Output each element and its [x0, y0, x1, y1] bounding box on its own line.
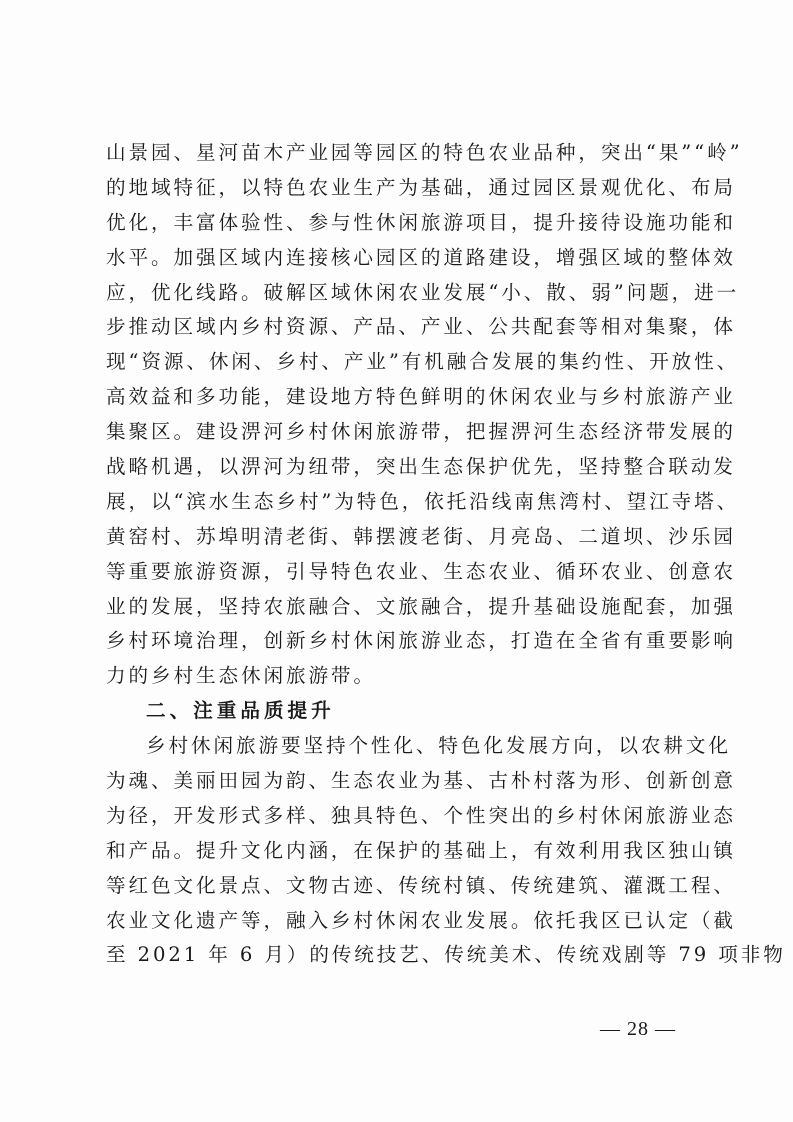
paragraph-line: 力的乡村生态休闲旅游带。: [106, 659, 696, 694]
paragraph-line: 展，以“滨水生态乡村”为特色，依托沿线南焦湾村、望江寺塔、: [106, 485, 696, 520]
paragraph-line: 业的发展，坚持农旅融合、文旅融合，提升基础设施配套，加强: [106, 590, 696, 625]
section-paragraph-line: 为径，开发形式多样、独具特色、个性突出的乡村休闲旅游业态: [106, 799, 696, 834]
section-paragraph-line: 乡村休闲旅游要坚持个性化、特色化发展方向，以农耕文化: [106, 729, 696, 764]
section-paragraph-line: 农业文化遗产等，融入乡村休闲农业发展。依托我区已认定（截: [106, 904, 696, 939]
paragraph-line: 集聚区。建设淠河乡村休闲旅游带，把握淠河生态经济带发展的: [106, 415, 696, 450]
paragraph-line: 现“资源、休闲、乡村、产业”有机融合发展的集约性、开放性、: [106, 345, 696, 380]
document-page: 山景园、星河苗木产业园等园区的特色农业品种，突出“果”“岭” 的地域特征，以特色…: [0, 0, 793, 1122]
section-heading: 二、注重品质提升: [106, 694, 696, 729]
document-body: 山景园、星河苗木产业园等园区的特色农业品种，突出“果”“岭” 的地域特征，以特色…: [106, 136, 696, 973]
paragraph-line: 的地域特征，以特色农业生产为基础，通过园区景观优化、布局: [106, 171, 696, 206]
section-paragraph-line: 等红色文化景点、文物古迹、传统村镇、传统建筑、灌溉工程、: [106, 869, 696, 904]
paragraph-line: 黄窑村、苏埠明清老街、韩摆渡老街、月亮岛、二道坝、沙乐园: [106, 520, 696, 555]
paragraph-line: 等重要旅游资源，引导特色农业、生态农业、循环农业、创意农: [106, 555, 696, 590]
section-paragraph-line: 和产品。提升文化内涵，在保护的基础上，有效利用我区独山镇: [106, 834, 696, 869]
paragraph-line: 战略机遇，以淠河为纽带，突出生态保护优先，坚持整合联动发: [106, 450, 696, 485]
page-number: — 28 —: [600, 1018, 676, 1041]
section-paragraph-line: 至 2021 年 6 月）的传统技艺、传统美术、传统戏剧等 79 项非物: [106, 938, 696, 973]
section-paragraph-line: 为魂、美丽田园为韵、生态农业为基、古朴村落为形、创新创意: [106, 764, 696, 799]
paragraph-line: 优化，丰富体验性、参与性休闲旅游项目，提升接待设施功能和: [106, 206, 696, 241]
paragraph-line: 山景园、星河苗木产业园等园区的特色农业品种，突出“果”“岭”: [106, 136, 696, 171]
paragraph-line: 步推动区域内乡村资源、产品、产业、公共配套等相对集聚，体: [106, 310, 696, 345]
paragraph-line: 乡村环境治理，创新乡村休闲旅游业态，打造在全省有重要影响: [106, 624, 696, 659]
paragraph-line: 高效益和多功能，建设地方特色鲜明的休闲农业与乡村旅游产业: [106, 380, 696, 415]
paragraph-line: 水平。加强区域内连接核心园区的道路建设，增强区域的整体效: [106, 241, 696, 276]
paragraph-line: 应，优化线路。破解区域休闲农业发展“小、散、弱”问题，进一: [106, 276, 696, 311]
